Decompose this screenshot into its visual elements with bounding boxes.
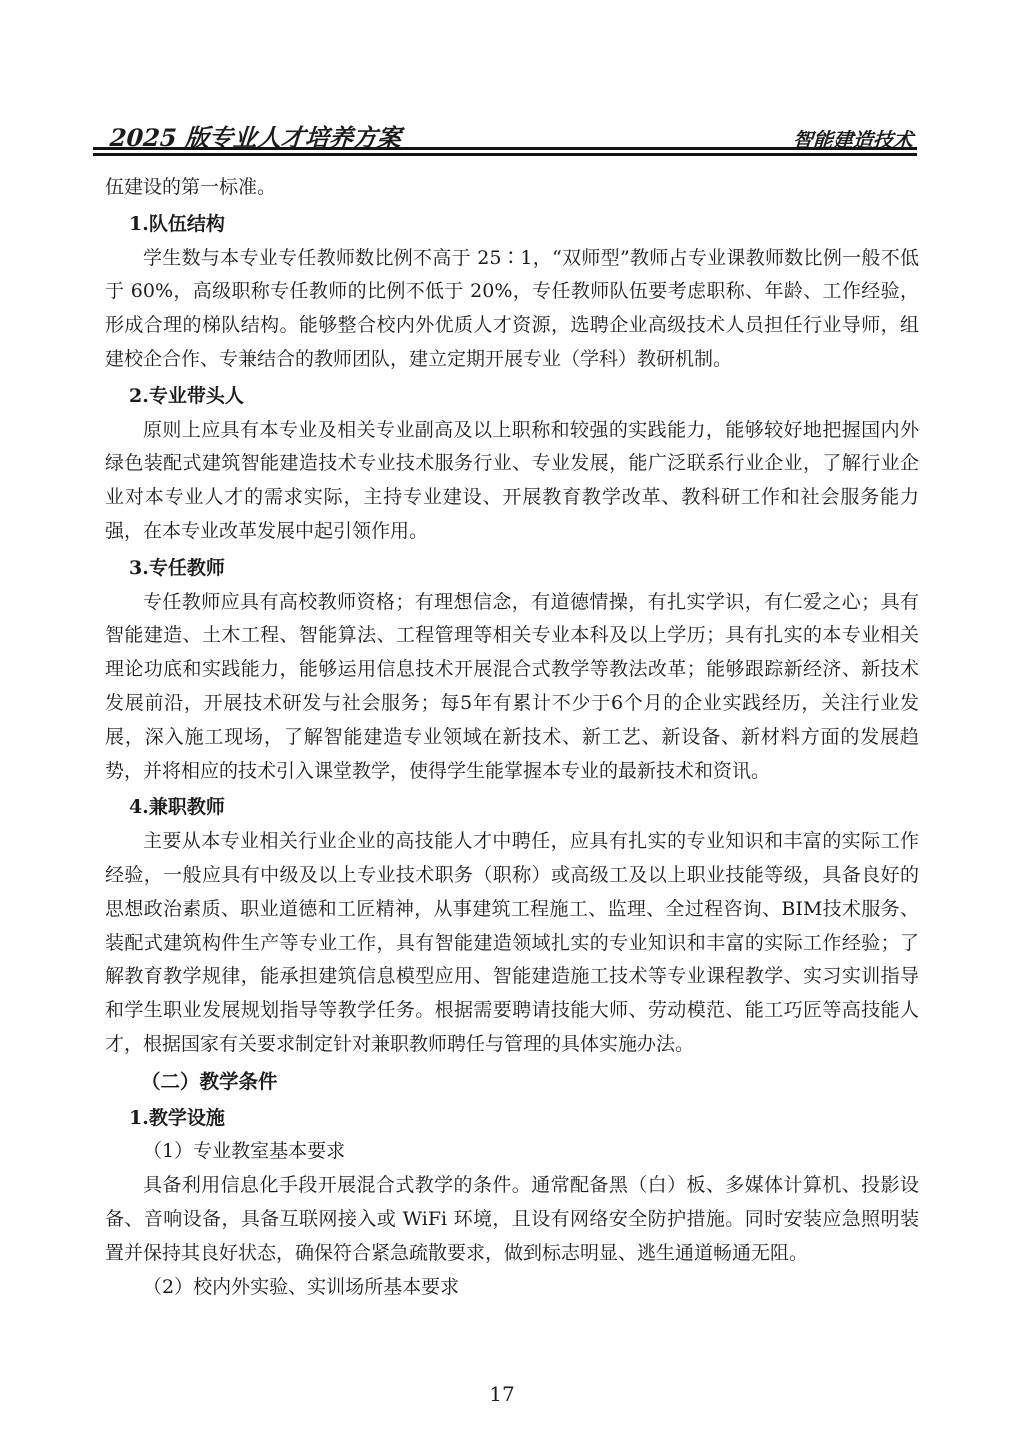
continuation-paragraph: 伍建设的第一标准。: [105, 171, 919, 205]
numbered-heading: 2.专业带头人: [105, 380, 919, 414]
document-body: 伍建设的第一标准。1.队伍结构学生数与本专业专任教师数比例不高于 25∶1，“双…: [105, 171, 919, 1304]
body-paragraph: 主要从本专业相关行业企业的高技能人才中聘任，应具有扎实的专业知识和丰富的实际工作…: [105, 825, 919, 1062]
body-paragraph: 具备利用信息化手段开展混合式教学的条件。通常配备黑（白）板、多媒体计算机、投影设…: [105, 1169, 919, 1270]
body-paragraph: 专任教师应具有高校教师资格；有理想信念，有道德情操，有扎实学识，有仁爱之心；具有…: [105, 586, 919, 789]
numbered-heading: 1.教学设施: [105, 1102, 919, 1136]
sub-item-heading: （1）专业教室基本要求: [105, 1135, 919, 1169]
numbered-heading: 4.兼职教师: [105, 791, 919, 825]
body-paragraph: 学生数与本专业专任教师数比例不高于 25∶1，“双师型”教师占专业课教师数比例一…: [105, 242, 919, 377]
numbered-heading: 3.专任教师: [105, 552, 919, 586]
page-footer: 17: [0, 1382, 1004, 1406]
page-number: 17: [489, 1382, 514, 1406]
sub-item-heading: （2）校内外实验、实训场所基本要求: [105, 1271, 919, 1305]
section-heading: （二）教学条件: [105, 1065, 919, 1099]
numbered-heading: 1.队伍结构: [105, 208, 919, 242]
document-page: 2025 版专业人才培养方案 智能建造技术 伍建设的第一标准。1.队伍结构学生数…: [0, 0, 1024, 1448]
body-paragraph: 原则上应具有本专业及相关专业副高及以上职称和较强的实践能力，能够较好地把握国内外…: [105, 414, 919, 549]
header-double-rule: [93, 147, 917, 156]
